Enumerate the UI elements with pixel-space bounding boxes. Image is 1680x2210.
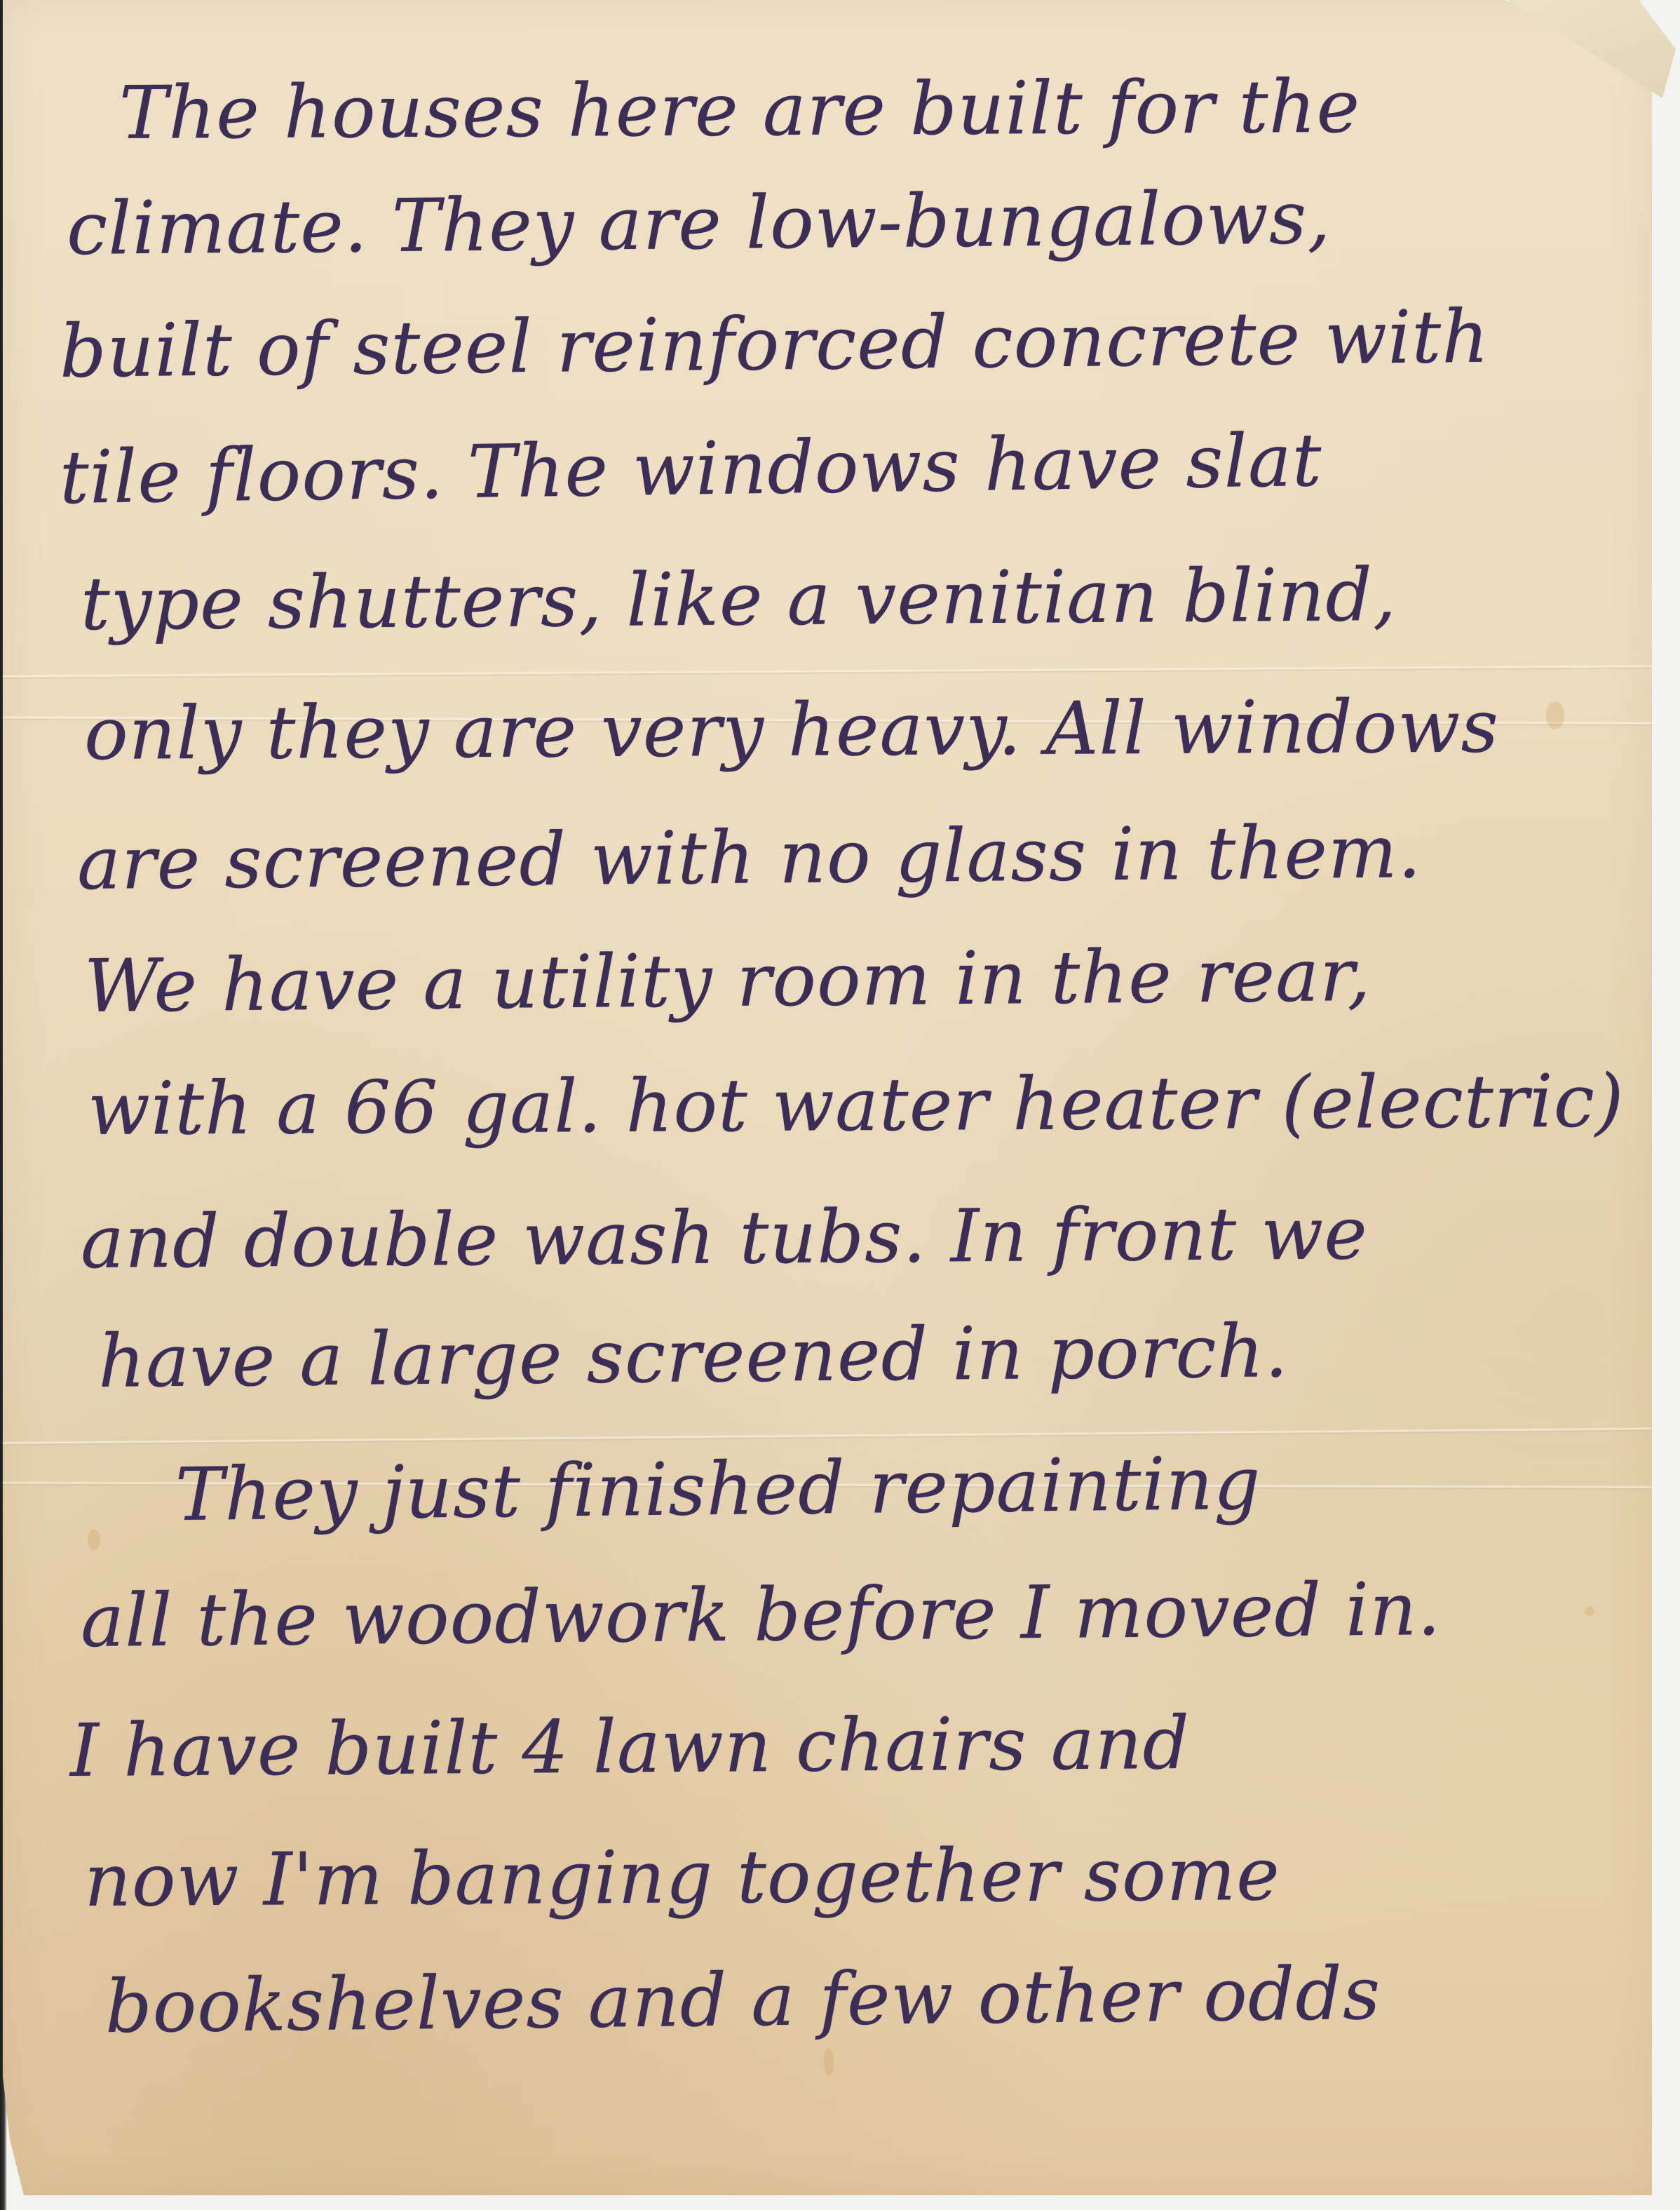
letter-line: all the woodwork before I moved in. [80, 1566, 1441, 1664]
letter-line: The houses here are built for the [119, 64, 1361, 156]
letter-line: type shutters, like a venitian blind, [81, 552, 1397, 647]
letter-line: have a large screened in porch. [97, 1308, 1289, 1404]
letter-line: bookshelves and a few other odds [104, 1950, 1381, 2049]
letter-line: climate. They are low-bungalows, [66, 175, 1331, 271]
letter-line: are screened with no glass in them. [76, 809, 1422, 906]
letter-text: The houses here are built for the climat… [0, 0, 1680, 2210]
letter-line: only they are very heavy. All windows [84, 683, 1499, 776]
letter-line: built of steel reinforced concrete with [59, 294, 1489, 394]
letter-line: tile floors. The windows have slat [59, 417, 1322, 520]
letter-line: now I'm banging together some [84, 1831, 1280, 1923]
letter-line: with a 66 gal. hot water heater (electri… [88, 1058, 1625, 1152]
letter-line: We have a utility room in the rear, [83, 932, 1371, 1029]
letter-line: I have built 4 lawn chairs and [70, 1700, 1191, 1793]
letter-line: They just finished repainting [175, 1441, 1261, 1537]
letter-line: and double wash tubs. In front we [81, 1190, 1369, 1285]
